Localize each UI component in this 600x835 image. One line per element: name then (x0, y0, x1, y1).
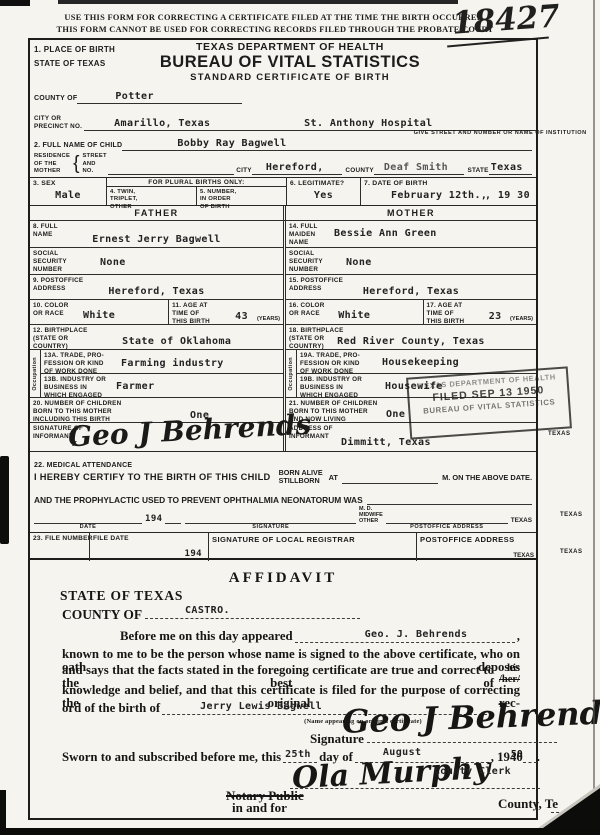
father-trade-label: 13A. TRADE, PRO- FESSION OR KIND OF WORK… (44, 352, 104, 376)
plural-births-header: FOR PLURAL BIRTHS ONLY: (107, 178, 286, 187)
mother-ssn-label: SOCIAL SECURITY NUMBER (289, 250, 323, 274)
margin-texas-3: TEXAS (560, 549, 583, 555)
mother-age-value: 23 (489, 311, 502, 322)
res-county-value: Deaf Smith (384, 162, 448, 173)
sworn-year: , 194050 (491, 750, 523, 765)
field-father-birthplace: 12. BIRTHPLACE (STATE OR COUNTRY) State … (30, 325, 283, 350)
mother-name-value: Bessie Ann Green (334, 228, 437, 239)
attendant-po-label: POSTOFFICE ADDRESS (410, 524, 483, 530)
twin-label: 4. TWIN, TRIPLET, OTHER (110, 189, 138, 211)
title-block: TEXAS DEPARTMENT OF HEALTH BUREAU OF VIT… (120, 41, 460, 83)
mother-header: MOTHER (283, 206, 536, 220)
attendant-type-stack: M. D. MIDWIFE OTHER (359, 506, 383, 524)
attendant-date-label: DATE (80, 524, 97, 530)
plural-births-block: FOR PLURAL BIRTHS ONLY: 4. TWIN, TRIPLET… (107, 178, 287, 205)
city-value: Amarillo, Texas (114, 118, 210, 129)
appeared-label: Before me on this day appeared (120, 630, 293, 643)
affidavit-appeared-line: Before me on this day appeared Geo. J. B… (62, 630, 520, 643)
child-name-value: Bobby Ray Bagwell (177, 138, 286, 149)
file-date-year-prefix: 194 (185, 549, 202, 559)
prophylactic-row: AND THE PROPHYLACTIC USED TO PREVENT OPH… (30, 489, 536, 509)
appeared-comma: , (517, 630, 520, 643)
file-number-label: 23. FILE NUMBER (33, 535, 93, 543)
county-label: COUNTY OF (34, 95, 77, 104)
handwritten-file-number: 18427 (451, 0, 561, 42)
father-ssn-value: None (100, 257, 126, 268)
affidavit-county-line: COUNTY OF CASTRO. (62, 606, 360, 623)
field-mother-race: 16. COLOR OR RACE White (286, 300, 424, 324)
field-mother-residence: RESIDENCE OF THE MOTHER { STREET AND NO.… (30, 152, 536, 178)
affidavit-county-underline: CASTRO. (145, 606, 360, 619)
field-father-trade: 13A. TRADE, PRO- FESSION OR KIND OF WORK… (41, 350, 283, 374)
birth-of-label: ord of the birth of (62, 702, 160, 715)
sex-value: Male (30, 190, 106, 201)
child-name-line: Bobby Ray Bagwell (122, 138, 532, 151)
field-child-name: 2. FULL NAME OF CHILD Bobby Ray Bagwell (30, 134, 536, 152)
affidavit-title: AFFIDAVIT (30, 570, 536, 587)
registrar-state-label: TEXAS (513, 552, 534, 559)
father-race-value: White (30, 310, 168, 321)
certify-row: I HEREBY CERTIFY TO THE BIRTH OF THIS CH… (30, 465, 536, 489)
father-age-label: 11. AGE AT TIME OF THIS BIRTH (172, 302, 210, 326)
children-living-value: One (386, 409, 405, 420)
field-mother-ssn: SOCIAL SECURITY NUMBER None (286, 248, 536, 275)
place-of-birth-block: 1. PLACE OF BIRTH STATE OF TEXAS (34, 43, 115, 70)
field-birth-order: 5. NUMBER, IN ORDER OF BIRTH (196, 187, 286, 205)
res-state-value: Texas (491, 162, 523, 173)
father-name-value: Ernest Jerry Bagwell (30, 234, 283, 245)
mother-ssn-value: None (346, 257, 372, 268)
mother-race-age-row: 16. COLOR OR RACE White 17. AGE AT TIME … (286, 300, 536, 325)
stillborn-label: STILLBORN (279, 477, 323, 485)
scan-edge-bottom (0, 828, 600, 835)
scan-edge-top (58, 0, 458, 4)
place-of-birth-label: 1. PLACE OF BIRTH (34, 43, 115, 57)
field-father-ssn: SOCIAL SECURITY NUMBER None (30, 248, 283, 275)
sex-label: 3. SEX (33, 180, 56, 188)
appeared-name-value: Geo. J. Behrends (365, 630, 468, 640)
certificate-section: 1. PLACE OF BIRTH STATE OF TEXAS TEXAS D… (30, 40, 536, 560)
father-birthplace-value: State of Oklahoma (50, 336, 303, 347)
street-line (108, 162, 234, 175)
attendant-date-line: DATE (34, 514, 142, 524)
dob-year: , 19 30 (485, 190, 530, 201)
born-alive-stack: BORN ALIVE STILLBORN (279, 469, 323, 486)
original-name-value: Jerry Lewis Bagwell (200, 702, 322, 712)
order-label: 5. NUMBER, IN ORDER OF BIRTH (200, 189, 237, 211)
father-trade-value: Farming industry (121, 358, 224, 369)
father-address-value: Hereford, Texas (30, 286, 283, 297)
certify-text: I HEREBY CERTIFY TO THE BIRTH OF THIS CH… (34, 472, 271, 482)
father-occupation-tab: Occupation (30, 350, 41, 397)
street-label: STREET AND NO. (82, 153, 108, 175)
scan-left-blot (0, 456, 9, 544)
res-city-label: CITY (236, 167, 252, 175)
affidavit-county-label: COUNTY OF (62, 607, 142, 622)
field-mother-age: 17. AGE AT TIME OF THIS BIRTH 23 (YEARS) (424, 300, 537, 324)
attendant-year-prefix: 194 (145, 514, 162, 524)
attendant-state-label: TEXAS (511, 517, 532, 524)
file-date-label: FILE DATE (93, 535, 129, 543)
res-county-line: Deaf Smith (374, 162, 465, 175)
year-comma: , 19 (491, 750, 510, 764)
sworn-day-value: 25th (285, 749, 311, 760)
scan-left-blot-2 (0, 790, 6, 830)
bureau-title: BUREAU OF VITAL STATISTICS (120, 53, 460, 72)
paper: USE THIS FORM FOR CORRECTING A CERTIFICA… (0, 0, 600, 828)
field-mother-birthplace: 18. BIRTHPLACE (STATE OR COUNTRY) Red Ri… (286, 325, 536, 350)
res-state-label: STATE (467, 167, 488, 175)
vitals-row: 3. SEX Male FOR PLURAL BIRTHS ONLY: 4. T… (30, 178, 536, 206)
department-title: TEXAS DEPARTMENT OF HEALTH (120, 41, 460, 53)
mother-age-unit: (YEARS) (510, 316, 533, 322)
scanned-birth-certificate: USE THIS FORM FOR CORRECTING A CERTIFICA… (0, 0, 600, 835)
registrar-signature-label: SIGNATURE OF LOCAL REGISTRAR (212, 535, 355, 544)
field-registrar-signature: SIGNATURE OF LOCAL REGISTRAR (209, 533, 417, 561)
mother-trade-label: 19A. TRADE, PRO- FESSION OR KIND OF WORK… (300, 352, 360, 376)
margin-texas-1: TEXAS (548, 431, 571, 437)
field-city-precinct: CITY OR PRECINCT NO. Amarillo, Texas St.… (30, 106, 536, 134)
county-value: Potter (115, 91, 154, 102)
mother-industry-label: 19B. INDUSTRY OR BUSINESS IN WHICH ENGAG… (300, 376, 362, 400)
field-county: COUNTY OF Potter (30, 80, 536, 106)
mother-birthplace-value: Red River County, Texas (286, 336, 536, 347)
father-age-unit: (YEARS) (257, 316, 280, 322)
attendant-po-line: POSTOFFICE ADDRESS (386, 514, 508, 524)
field-father-age: 11. AGE AT TIME OF THIS BIRTH 43 (YEARS) (169, 300, 283, 324)
parent-headers: FATHER MOTHER (30, 206, 536, 221)
brace-glyph: { (73, 155, 79, 172)
attendant-signature-label: SIGNATURE (252, 524, 289, 530)
scan-edge-top-left (0, 0, 30, 6)
filed-stamp: TEXAS DEPARTMENT OF HEALTH FILED SEP 13 … (406, 366, 572, 439)
field-file-date: FILE DATE 194 (90, 533, 209, 561)
instruction-line-2: THIS FORM CANNOT BE USED FOR CORRECTING … (55, 24, 495, 36)
res-county-label: COUNTY (345, 167, 373, 175)
dob-value: February 12th., (391, 190, 487, 201)
state-of-texas-label: STATE OF TEXAS (34, 57, 115, 71)
dob-label: 7. DATE OF BIRTH (364, 180, 428, 188)
institution-value: St. Anthony Hospital (304, 118, 432, 129)
appeared-underline: Geo. J. Behrends (295, 630, 515, 643)
legitimate-value: Yes (287, 190, 360, 201)
field-informant-signature: SIGNATURE OF INFORMANT x Geo J Behrends (30, 423, 283, 451)
field-father-industry: 13B. INDUSTRY OR BUSINESS IN WHICH ENGAG… (41, 374, 283, 397)
father-age-value: 43 (235, 311, 248, 322)
year-trailing-line (523, 750, 537, 763)
res-city-line: Hereford, (252, 162, 343, 175)
other-label: OTHER (359, 518, 383, 524)
instruction-line-1: USE THIS FORM FOR CORRECTING A CERTIFICA… (55, 12, 495, 24)
field-sex: 3. SEX Male (30, 178, 107, 205)
county-line: Potter (77, 91, 242, 104)
institution-line: St. Anthony Hospital GIVE STREET AND NUM… (264, 118, 536, 131)
affidavit-section: AFFIDAVIT STATE OF TEXAS COUNTY OF CASTR… (30, 560, 536, 816)
city-line: Amarillo, Texas (84, 118, 264, 131)
field-father-address: 9. POSTOFFICE ADDRESS Hereford, Texas (30, 275, 283, 300)
res-city-value: Hereford, (266, 162, 324, 173)
mother-race-value: White (286, 310, 423, 321)
clerk-underline (290, 776, 540, 789)
affidavit-state-line: STATE OF TEXAS (60, 588, 183, 604)
field-legitimate: 6. LEGITIMATE? Yes (287, 178, 361, 205)
registrar-row: 23. FILE NUMBER FILE DATE 194 SIGNATURE … (30, 533, 536, 561)
mother-name-label: 14. FULL MAIDEN NAME (289, 223, 318, 247)
attendant-signature-line: SIGNATURE (185, 514, 356, 524)
time-line (342, 471, 438, 484)
legitimate-label: 6. LEGITIMATE? (290, 180, 344, 188)
his-typed: his (507, 664, 520, 675)
mother-occupation-tab-label: Occupation (288, 357, 294, 391)
at-label: AT (329, 473, 338, 482)
field-father-name: 8. FULL NAME Ernest Jerry Bagwell (30, 221, 283, 248)
form-header: 1. PLACE OF BIRTH STATE OF TEXAS TEXAS D… (30, 40, 536, 80)
father-industry-label: 13B. INDUSTRY OR BUSINESS IN WHICH ENGAG… (44, 376, 106, 400)
child-name-label: 2. FULL NAME OF CHILD (34, 142, 122, 151)
field-date-of-birth: 7. DATE OF BIRTH February 12th., , 19 30 (361, 178, 536, 205)
field-father-race: 10. COLOR OR RACE White (30, 300, 169, 324)
attendant-year-line (165, 514, 181, 524)
mother-occupation-tab: Occupation (286, 350, 297, 397)
field-file-number: 23. FILE NUMBER (30, 533, 90, 561)
field-mother-name: 14. FULL MAIDEN NAME Bessie Ann Green (286, 221, 536, 248)
father-ssn-label: SOCIAL SECURITY NUMBER (33, 250, 67, 274)
city-label: CITY OR PRECINCT NO. (34, 115, 82, 131)
father-occupation-block: Occupation 13A. TRADE, PRO- FESSION OR K… (30, 350, 283, 398)
mother-trade-value: Housekeeping (382, 357, 459, 368)
correction-instructions: USE THIS FORM FOR CORRECTING A CERTIFICA… (55, 12, 495, 36)
res-state-line: Texas (489, 162, 532, 175)
father-occupation-tab-label: Occupation (32, 357, 38, 391)
prophylactic-line (367, 492, 532, 505)
scan-right-page-edge (593, 0, 595, 820)
registrar-po-label: POSTOFFICE ADDRESS (420, 535, 515, 544)
father-industry-value: Farmer (116, 381, 155, 392)
residence-label: RESIDENCE OF THE MOTHER (34, 153, 70, 175)
on-date-label: M. ON THE ABOVE DATE. (442, 473, 532, 482)
father-column: 8. FULL NAME Ernest Jerry Bagwell SOCIAL… (30, 221, 283, 451)
field-registrar-po: POSTOFFICE ADDRESS TEXAS (417, 533, 536, 561)
mother-address-value: Hereford, Texas (286, 286, 536, 297)
margin-texas-2: TEXAS (560, 512, 583, 518)
year-period: . (537, 750, 540, 765)
year-typed-over: 50 (511, 749, 523, 760)
mother-age-label: 17. AGE AT TIME OF THIS BIRTH (427, 302, 465, 326)
field-mother-address: 15. POSTOFFICE ADDRESS Hereford, Texas (286, 275, 536, 300)
sworn-label: Sworn to and subscribed before me, this (62, 750, 281, 765)
affidavit-county-value: CASTRO. (185, 605, 230, 616)
prophylactic-text: AND THE PROPHYLACTIC USED TO PREVENT OPH… (34, 495, 363, 505)
field-twin-triplet: 4. TWIN, TRIPLET, OTHER (107, 187, 196, 205)
father-header: FATHER (30, 206, 283, 220)
father-race-age-row: 10. COLOR OR RACE White 11. AGE AT TIME … (30, 300, 283, 325)
medical-attendance-row: 22. MEDICAL ATTENDANCE (30, 451, 536, 465)
county-suffix-label: County, Te (498, 796, 558, 812)
in-and-for-label: in and for (232, 800, 287, 816)
attendant-signature-row: DATE 194 SIGNATURE M. D. MIDWIFE OTHER P… (30, 509, 536, 533)
